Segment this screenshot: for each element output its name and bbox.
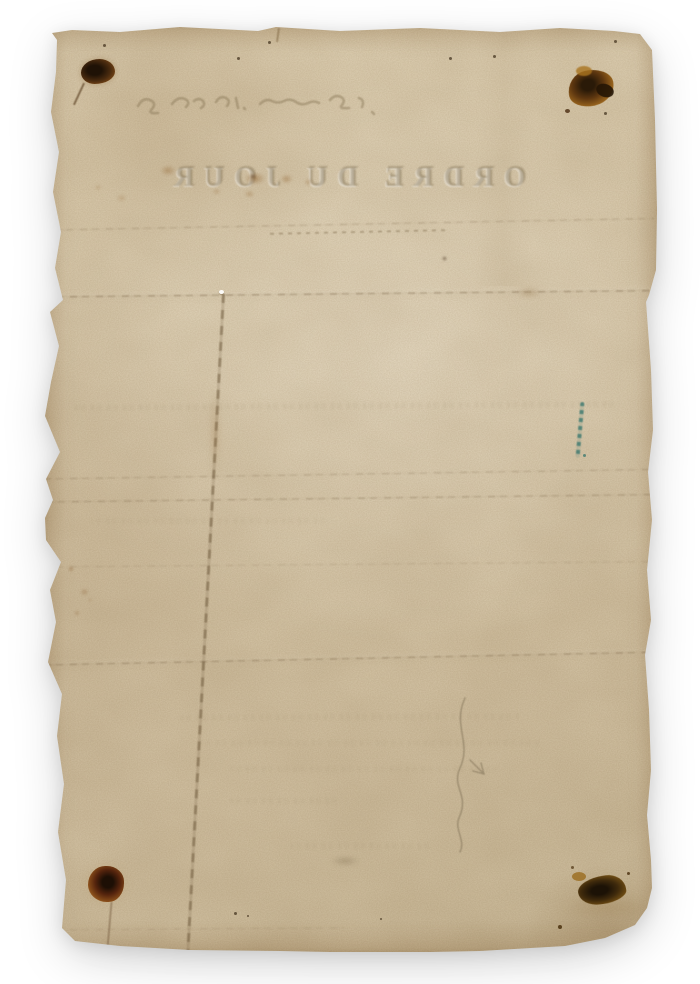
wax-speck: [604, 112, 607, 115]
paper-shadow: ORDRE DU JOUR: [0, 0, 700, 984]
ink-speck: [493, 55, 496, 58]
ink-speck: [247, 915, 249, 917]
showthrough-text-line: [290, 843, 430, 849]
stain-spot: [212, 188, 221, 195]
stain-smudge: [517, 287, 541, 298]
pencil-squiggle: [410, 690, 520, 860]
ink-speck: [380, 918, 382, 920]
tonal-shading: [474, 26, 534, 286]
pinhole-at-fold-intersection: [219, 290, 224, 294]
showthrough-smudge: [330, 856, 360, 866]
stain-spot: [304, 178, 313, 186]
ink-speck: [449, 57, 452, 60]
foxing-freckle: [74, 610, 80, 616]
stain-spot: [94, 184, 102, 191]
foxing-freckle: [88, 598, 92, 602]
foxing-freckle: [68, 566, 74, 572]
ink-speck: [614, 40, 617, 43]
wax-speck: [565, 109, 570, 113]
wax-speck: [558, 925, 562, 929]
stain-spot: [160, 165, 176, 176]
stain-spot: [280, 174, 293, 184]
stain-spot-dark: [442, 256, 447, 261]
wax-seal-bottom-left: [88, 866, 124, 902]
showthrough-script-line: [124, 82, 394, 122]
photo-background: ORDRE DU JOUR: [0, 0, 700, 984]
stain-spot: [244, 190, 255, 198]
blue-ink-dot: [583, 454, 586, 457]
ink-speck: [237, 57, 240, 60]
paper-sheet: ORDRE DU JOUR: [44, 26, 658, 952]
ink-speck: [268, 41, 271, 44]
wax-seal-lobe: [576, 66, 592, 76]
showthrough-heading: ORDRE DU JOUR: [140, 162, 550, 194]
wax-speck: [627, 872, 630, 875]
crease-stain: [210, 386, 220, 481]
ink-speck: [103, 44, 106, 47]
ink-speck: [234, 912, 237, 915]
showthrough-text-line: [90, 518, 330, 524]
stain-spot: [116, 194, 127, 202]
showthrough-text-line: [230, 798, 340, 804]
wax-speck: [571, 866, 574, 869]
stain-spot-dark: [250, 174, 256, 179]
wax-seal-lobe: [572, 872, 586, 881]
foxing-freckle: [80, 588, 89, 596]
